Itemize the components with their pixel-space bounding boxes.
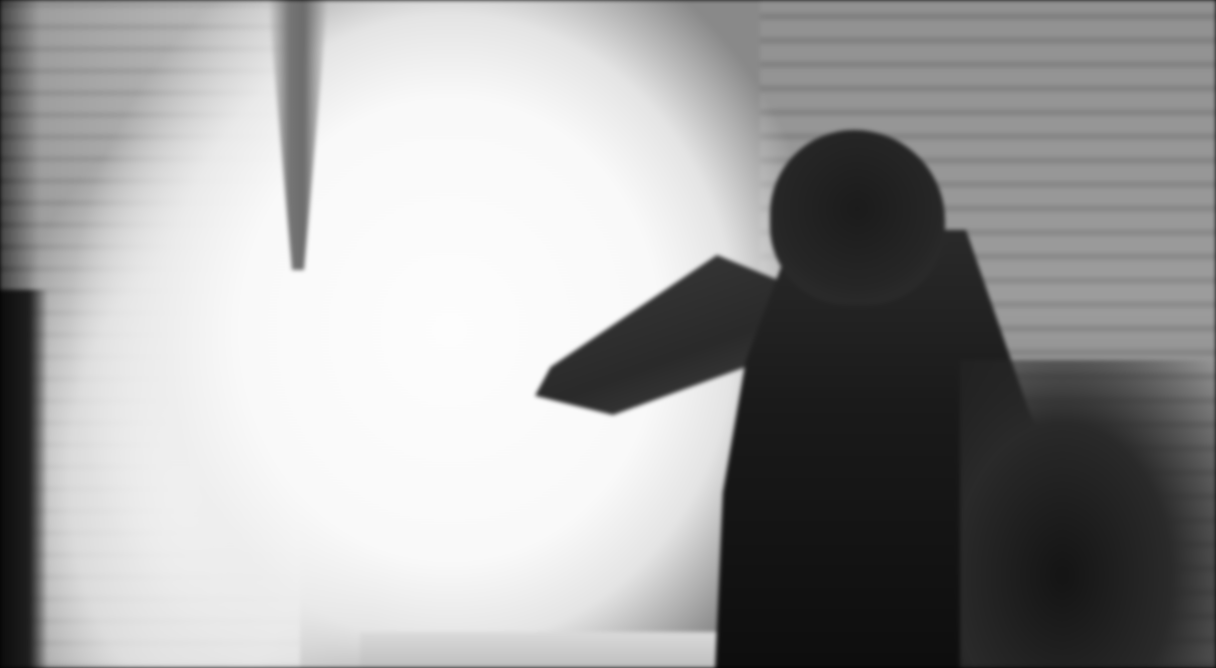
film-grain (0, 0, 1216, 668)
photo-frame (0, 0, 1216, 668)
